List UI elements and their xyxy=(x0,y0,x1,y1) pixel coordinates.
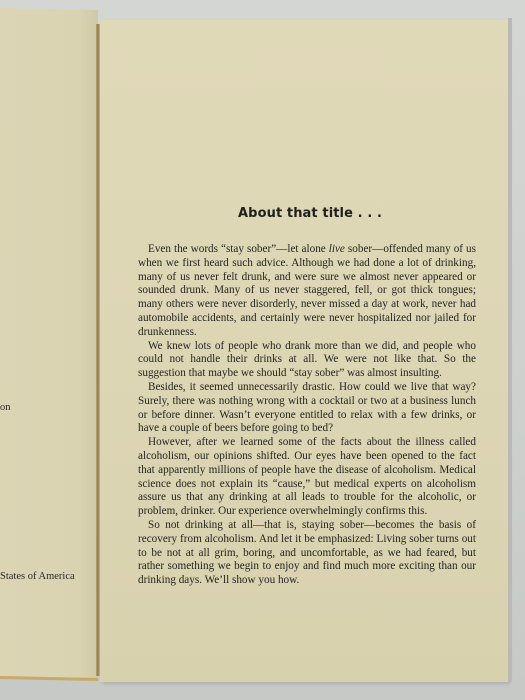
paragraph: However, after we learned some of the fa… xyxy=(138,436,476,519)
page-edge xyxy=(508,18,512,682)
emphasis-text: live xyxy=(329,243,345,255)
left-page-text-fragment: on xyxy=(0,402,11,413)
paragraph-text: Even the words “stay sober”—let alone xyxy=(148,243,329,255)
left-page-text-fragment: States of America xyxy=(0,571,75,582)
paragraph: We knew lots of people who drank more th… xyxy=(138,340,476,381)
paragraph: Besides, it seemed unnecessarily drastic… xyxy=(138,381,476,436)
paragraph: So not drinking at all—that is, staying … xyxy=(138,519,476,588)
page-heading: About that title . . . xyxy=(238,206,382,221)
body-text: Even the words “stay sober”—let alone li… xyxy=(138,243,476,588)
paragraph: Even the words “stay sober”—let alone li… xyxy=(138,243,476,340)
paragraph-text: sober—offended many of us when we first … xyxy=(138,243,476,338)
